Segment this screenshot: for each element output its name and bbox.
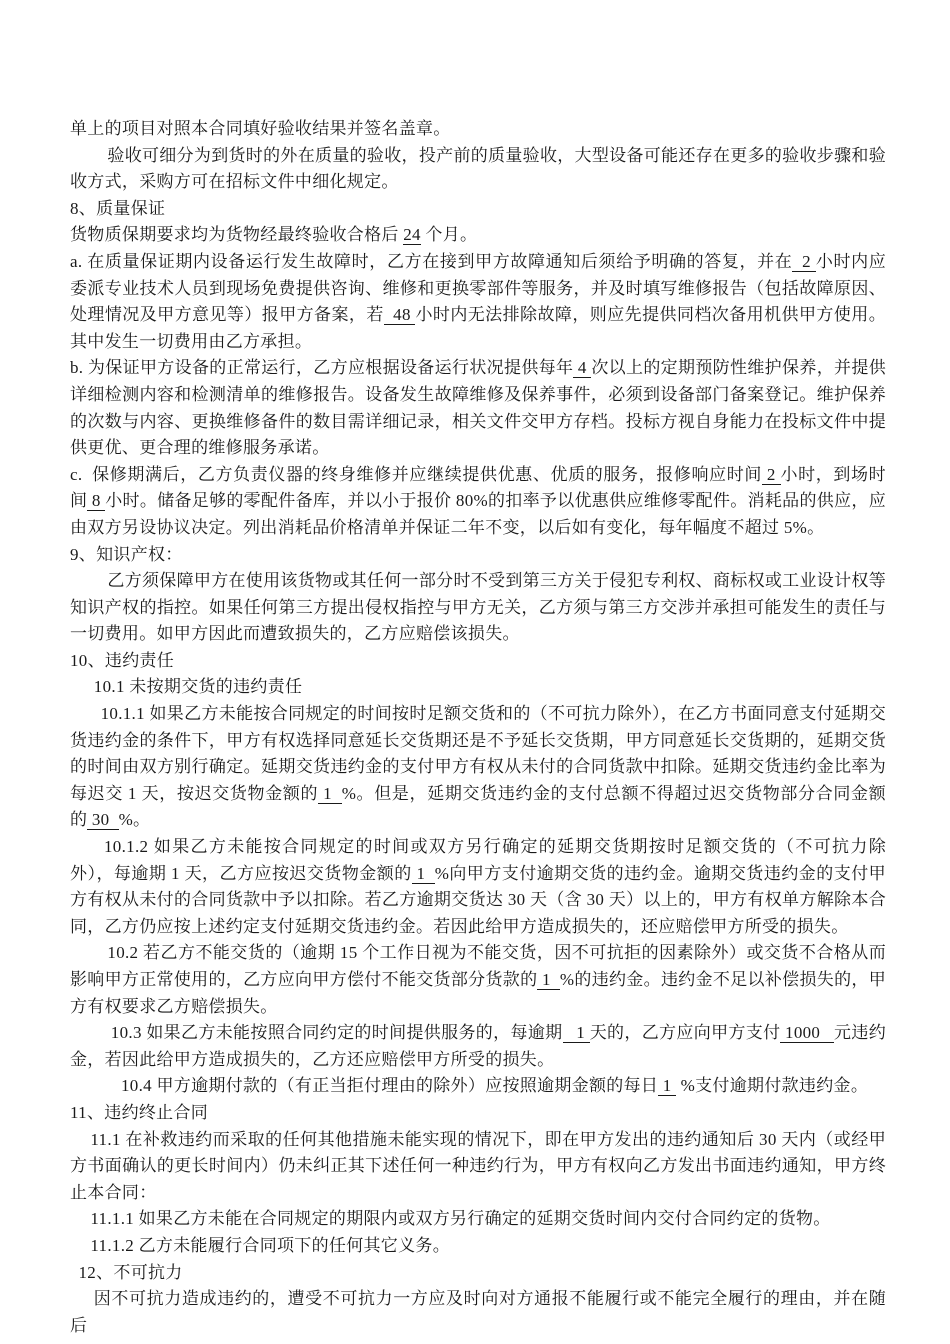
text-run: 货物质保期要求均为货物经最终验收合格后	[70, 225, 403, 244]
para-acceptance-detail: 验收可细分为到货时的外在质量的验收，投产前的质量验收，大型设备可能还存在更多的验…	[70, 143, 886, 196]
text-run: 乙方须保障甲方在使用该货物或其任何一部分时不受到第三方关于侵犯专利权、商标权或工…	[70, 571, 886, 643]
text-run: 小时。储备足够的零配件备库，并以小于报价 80%的扣率予以优惠供应维修零配件。消…	[70, 491, 886, 537]
heading-10-breach-liability: 10、违约责任	[70, 648, 886, 675]
para-ip-body: 乙方须保障甲方在使用该货物或其任何一部分时不受到第三方关于侵犯专利权、商标权或工…	[70, 568, 886, 648]
blank-value: 24	[403, 225, 421, 245]
blank-value: 1	[658, 1076, 676, 1096]
text-run: 11.1.2 乙方未能履行合同项下的任何其它义务。	[90, 1236, 450, 1255]
para-10-1-1: 10.1.1 如果乙方未能按合同规定的时间按时足额交货和的（不可抗力除外），在乙…	[70, 701, 886, 834]
text-run: 12、不可抗力	[79, 1263, 183, 1282]
text-run: %支付逾期付款违约金。	[676, 1076, 868, 1095]
text-run: 个月。	[421, 225, 477, 244]
para-force-majeure-body: 因不可抗力造成违约的，遭受不可抗力一方应及时向对方通报不能履行或不能完全履行的理…	[70, 1286, 886, 1339]
text-run: b. 为保证甲方设备的正常运行，乙方应根据设备运行状况提供每年	[70, 358, 573, 377]
blank-value: 8	[87, 491, 105, 511]
blank-value: 30	[87, 810, 118, 830]
para-10-1-2: 10.1.2 如果乙方未能按合同规定的时间或双方另行确定的延期交货期按时足额交货…	[70, 834, 886, 940]
para-acceptance-continuation: 单上的项目对照本合同填好验收结果并签名盖章。	[70, 116, 886, 143]
text-run: 10、违约责任	[70, 651, 174, 670]
heading-11-termination: 11、违约终止合同	[70, 1100, 886, 1127]
text-run: 天的，乙方应向甲方支付	[590, 1023, 781, 1042]
blank-value: 1	[412, 864, 435, 884]
text-run: 9、知识产权：	[70, 545, 183, 564]
para-10-3: 10.3 如果乙方未能按照合同约定的时间提供服务的，每逾期 1 天的，乙方应向甲…	[70, 1020, 886, 1073]
blank-value: 4	[573, 358, 591, 378]
contract-body: 单上的项目对照本合同填好验收结果并签名盖章。验收可细分为到货时的外在质量的验收，…	[70, 116, 886, 1339]
text-run: 11、违约终止合同	[70, 1103, 208, 1122]
heading-12-force-majeure: 12、不可抗力	[70, 1260, 886, 1287]
text-run: 验收可细分为到货时的外在质量的验收，投产前的质量验收，大型设备可能还存在更多的验…	[70, 146, 886, 192]
text-run: 11.1 在补救违约而采取的任何其他措施未能实现的情况下，即在甲方发出的违约通知…	[70, 1130, 886, 1202]
text-run: 10.4 甲方逾期付款的（有正当拒付理由的除外）应按照逾期金额的每日	[121, 1076, 658, 1095]
para-quality-c: c. 保修期满后，乙方负责仪器的终身维修并应继续提供优惠、优质的服务，报修响应时…	[70, 462, 886, 542]
text-run: 11.1.1 如果乙方未能在合同规定的期限内或双方另行确定的延期交货时间内交付合…	[90, 1209, 830, 1228]
blank-value: 1000	[780, 1023, 834, 1043]
text-run: 10.1 未按期交货的违约责任	[94, 677, 303, 696]
blank-value: 48	[384, 305, 416, 325]
para-10-2: 10.2 若乙方不能交货的（逾期 15 个工作日视为不能交货，因不可抗拒的因素除…	[70, 940, 886, 1020]
para-11-1: 11.1 在补救违约而采取的任何其他措施未能实现的情况下，即在甲方发出的违约通知…	[70, 1127, 886, 1207]
text-run: 8、质量保证	[70, 199, 165, 218]
para-quality-a: a. 在质量保证期内设备运行发生故障时，乙方在接到甲方故障通知后须给予明确的答复…	[70, 249, 886, 355]
document-page: 单上的项目对照本合同填好验收结果并签名盖章。验收可细分为到货时的外在质量的验收，…	[0, 0, 950, 1344]
para-warranty-period: 货物质保期要求均为货物经最终验收合格后 24 个月。	[70, 222, 886, 249]
heading-9-intellectual-property: 9、知识产权：	[70, 542, 886, 569]
para-quality-b: b. 为保证甲方设备的正常运行，乙方应根据设备运行状况提供每年 4 次以上的定期…	[70, 355, 886, 461]
blank-value: 1	[537, 970, 560, 990]
blank-value: 2	[792, 252, 815, 272]
text-run: %。	[119, 810, 151, 829]
para-10-4: 10.4 甲方逾期付款的（有正当拒付理由的除外）应按照逾期金额的每日 1 %支付…	[70, 1073, 886, 1100]
heading-10-1-late-delivery: 10.1 未按期交货的违约责任	[70, 674, 886, 701]
blank-value: 1	[318, 784, 342, 804]
para-11-1-2: 11.1.2 乙方未能履行合同项下的任何其它义务。	[70, 1233, 886, 1260]
heading-8-quality-guarantee: 8、质量保证	[70, 196, 886, 223]
text-run: 单上的项目对照本合同填好验收结果并签名盖章。	[70, 119, 451, 138]
text-run: c. 保修期满后，乙方负责仪器的终身维修并应继续提供优惠、优质的服务，报修响应时…	[70, 465, 762, 484]
para-11-1-1: 11.1.1 如果乙方未能在合同规定的期限内或双方另行确定的延期交货时间内交付合…	[70, 1206, 886, 1233]
blank-value: 1	[563, 1023, 590, 1043]
text-run: 因不可抗力造成违约的，遭受不可抗力一方应及时向对方通报不能履行或不能完全履行的理…	[70, 1289, 886, 1335]
blank-value: 2	[762, 465, 781, 485]
text-run: a. 在质量保证期内设备运行发生故障时，乙方在接到甲方故障通知后须给予明确的答复…	[70, 252, 792, 271]
text-run: 10.3 如果乙方未能按照合同约定的时间提供服务的，每逾期	[111, 1023, 563, 1042]
